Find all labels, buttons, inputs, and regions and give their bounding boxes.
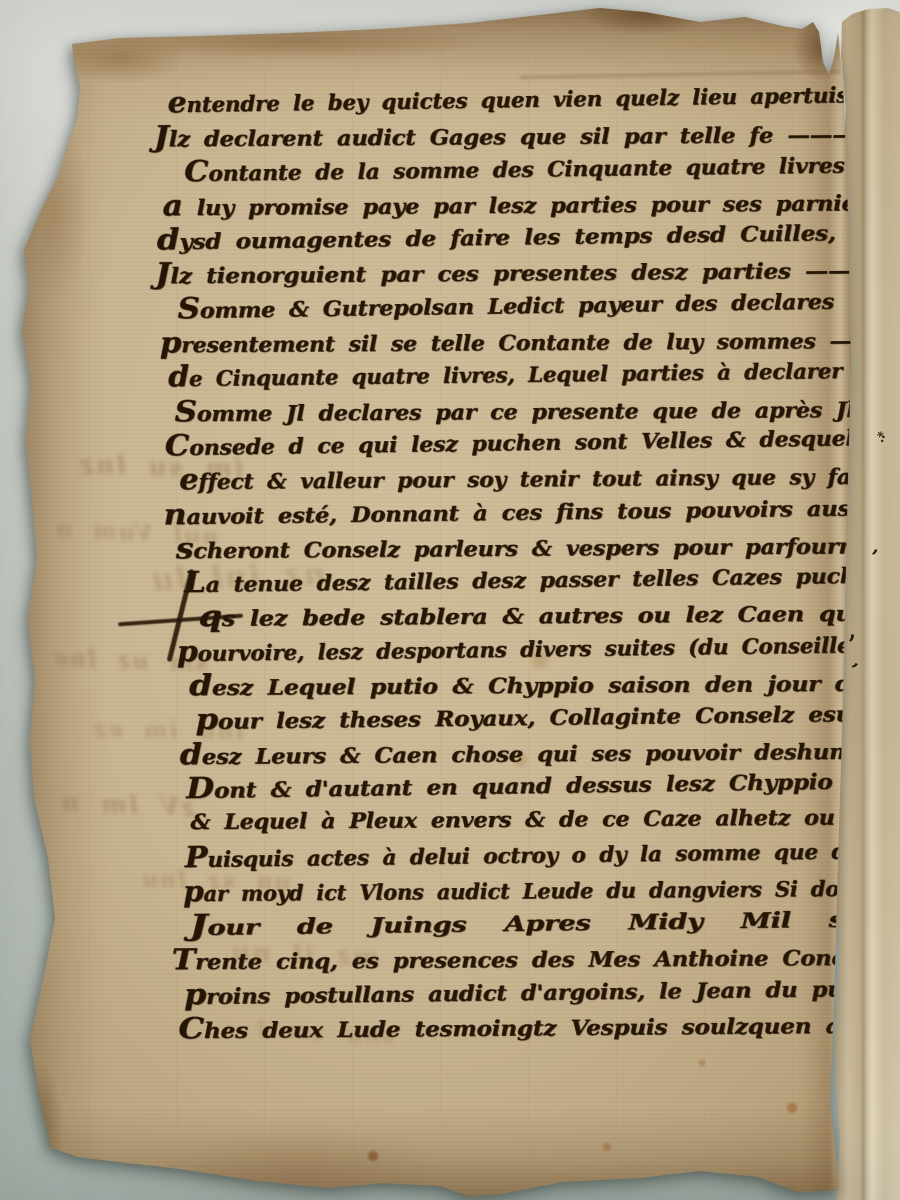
photo-backdrop: im su lnz nul Vum o nz inl lu sm uz lne …: [0, 0, 900, 1200]
manuscript-line: pour lesz theses Royaux, Collaginte Cons…: [195, 694, 900, 737]
handwritten-text-block: entendre le bey quictes quen vien quelz …: [153, 79, 872, 1046]
manuscript-line: Ches deux Lude tesmoingtz Vespuis soulzq…: [178, 1005, 900, 1045]
manuscript-page: im su lnz nul Vum o nz inl lu sm uz lne …: [0, 0, 900, 1200]
ink-showthrough-line: iw nz um: [0, 0, 146, 26]
ink-showthrough-line: lm suz n: [0, 0, 140, 26]
manuscript-line: de Cinquante quatre livres, Lequel parti…: [168, 351, 880, 394]
ink-showthrough-line: nu zm il: [0, 0, 136, 26]
manuscript-page-wrapper: im su lnz nul Vum o nz inl lu sm uz lne …: [0, 0, 900, 1200]
